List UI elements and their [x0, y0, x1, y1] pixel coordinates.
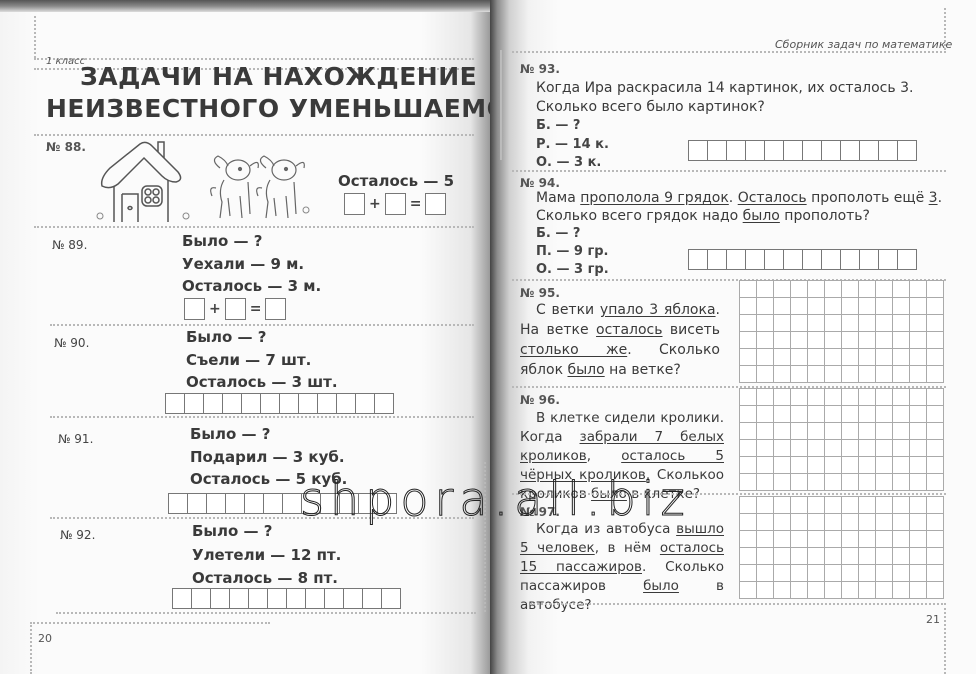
answer-cell[interactable]	[244, 493, 264, 514]
problem-text: Когда Ира раскрасила 14 картинок, их ост…	[536, 80, 913, 96]
problem-line: Осталось — 3 шт.	[186, 373, 338, 391]
illustration	[92, 138, 312, 224]
divider	[50, 324, 474, 326]
answer-cell[interactable]	[362, 588, 382, 609]
problem-line: Уехали — 9 м.	[182, 255, 304, 273]
problem-line: Было — ?	[182, 232, 262, 250]
problem-number: № 94.	[520, 176, 560, 190]
equals-sign: =	[250, 301, 262, 317]
problem-line: Было — ?	[192, 522, 272, 540]
goat-kid-icon	[257, 156, 305, 218]
answer-cell[interactable]	[165, 393, 185, 414]
answer-cells[interactable]	[689, 249, 917, 270]
divider	[34, 134, 474, 136]
short-note: Б. — ?	[536, 118, 580, 133]
answer-cell[interactable]	[802, 140, 822, 161]
answer-cell[interactable]	[267, 588, 287, 609]
answer-box[interactable]	[425, 193, 446, 215]
answer-cell[interactable]	[229, 588, 249, 609]
answer-cell[interactable]	[745, 249, 765, 270]
answer-cell[interactable]	[191, 588, 211, 609]
answer-cell[interactable]	[298, 393, 318, 414]
problem-line: Осталось — 5	[338, 172, 454, 190]
problem-text: Сколько всего грядок надо было прополоть…	[536, 208, 870, 224]
answer-cell[interactable]	[859, 249, 879, 270]
divider	[512, 51, 946, 53]
problem-line: Было — ?	[190, 425, 270, 443]
problem-text: Мама прополола 9 грядок. Осталось пропол…	[536, 190, 942, 206]
short-note: О. — 3 к.	[536, 155, 601, 170]
answer-cell[interactable]	[764, 140, 784, 161]
divider	[34, 58, 474, 60]
answer-cell[interactable]	[248, 588, 268, 609]
answer-cell[interactable]	[726, 140, 746, 161]
answer-cell[interactable]	[317, 393, 337, 414]
problem-number: № 89.	[52, 238, 87, 252]
answer-cell[interactable]	[840, 140, 860, 161]
problem-number: № 95.	[520, 286, 560, 300]
margin-line	[34, 16, 36, 58]
answer-cell[interactable]	[282, 493, 302, 514]
problem-text: Когда из автобуса вышло 5 человек, в нём…	[520, 520, 724, 615]
divider	[56, 612, 476, 614]
answer-cell[interactable]	[802, 249, 822, 270]
answer-cell[interactable]	[783, 249, 803, 270]
answer-grid[interactable]	[739, 496, 944, 599]
answer-cell[interactable]	[222, 393, 242, 414]
answer-cell[interactable]	[726, 249, 746, 270]
answer-cell[interactable]	[203, 393, 223, 414]
problem-line: Осталось — 3 м.	[182, 277, 321, 295]
margin-line	[944, 8, 946, 50]
problem-number: № 90.	[54, 336, 89, 350]
answer-cell[interactable]	[241, 393, 261, 414]
divider	[512, 170, 946, 172]
problem-line: Осталось — 8 пт.	[192, 569, 338, 587]
answer-box[interactable]	[385, 193, 406, 215]
answer-cell[interactable]	[764, 249, 784, 270]
answer-cell[interactable]	[260, 393, 280, 414]
answer-cell[interactable]	[225, 493, 245, 514]
vertical-rule	[500, 50, 502, 160]
page-top-shadow	[0, 0, 490, 12]
problem-line: Было — ?	[186, 328, 266, 346]
problem-number: № 91.	[58, 432, 93, 446]
plus-sign: +	[369, 196, 381, 212]
answer-box[interactable]	[344, 193, 365, 215]
answer-grid[interactable]	[739, 280, 944, 383]
answer-cell[interactable]	[783, 140, 803, 161]
answer-cell[interactable]	[168, 493, 188, 514]
divider	[50, 416, 474, 418]
house-icon	[102, 142, 181, 222]
answer-cell[interactable]	[286, 588, 306, 609]
problem-line: Улетели — 12 пт.	[192, 546, 341, 564]
answer-cell[interactable]	[279, 393, 299, 414]
answer-cell[interactable]	[897, 249, 917, 270]
answer-cell[interactable]	[707, 249, 727, 270]
answer-cell[interactable]	[688, 140, 708, 161]
margin-line	[30, 622, 32, 674]
answer-cell[interactable]	[878, 140, 898, 161]
problem-number: № 96.	[520, 393, 560, 407]
problem-number: № 92.	[60, 528, 95, 542]
answer-cell[interactable]	[821, 140, 841, 161]
short-note: Р. — 14 к.	[536, 137, 609, 152]
answer-cells[interactable]	[166, 393, 394, 414]
divider	[530, 603, 946, 605]
answer-box[interactable]	[225, 298, 246, 320]
page-title-line1: ЗАДАЧИ НА НАХОЖДЕНИЕ	[80, 62, 477, 91]
answer-cell[interactable]	[355, 393, 375, 414]
problem-text: Сколько всего было картинок?	[536, 99, 765, 115]
problem-line: Съели — 7 шт.	[186, 351, 311, 369]
answer-grid[interactable]	[739, 388, 944, 491]
answer-cell[interactable]	[336, 393, 356, 414]
answer-cells[interactable]	[173, 588, 401, 609]
answer-cell[interactable]	[840, 249, 860, 270]
short-note: О. — 3 гр.	[536, 262, 609, 277]
answer-cell[interactable]	[859, 140, 879, 161]
answer-cell[interactable]	[381, 588, 401, 609]
goat-kid-icon	[211, 156, 259, 218]
problem-number: № 93.	[520, 62, 560, 76]
answer-cell[interactable]	[878, 249, 898, 270]
divider	[30, 622, 270, 624]
book-header: Сборник задач по математике	[775, 38, 952, 51]
answer-cells[interactable]	[689, 140, 917, 161]
problem-line: Подарил — 3 куб.	[190, 448, 345, 466]
problem-number: № 88.	[46, 140, 86, 154]
watermark: shpora.all.biz	[300, 472, 691, 526]
answer-cell[interactable]	[821, 249, 841, 270]
short-note: Б. — ?	[536, 226, 580, 241]
page-number: 20	[38, 632, 52, 645]
answer-cell[interactable]	[343, 588, 363, 609]
answer-cell[interactable]	[897, 140, 917, 161]
answer-cell[interactable]	[374, 393, 394, 414]
page-number: 21	[926, 613, 940, 626]
answer-box[interactable]	[184, 298, 205, 320]
equation: + =	[344, 193, 446, 215]
equation: + =	[184, 298, 286, 320]
equals-sign: =	[410, 196, 422, 212]
answer-cell[interactable]	[688, 249, 708, 270]
margin-line	[944, 603, 946, 674]
answer-cell[interactable]	[187, 493, 207, 514]
page-title-line2: НЕИЗВЕСТНОГО УМЕНЬШАЕМОГО	[46, 94, 547, 123]
answer-cell[interactable]	[707, 140, 727, 161]
answer-cell[interactable]	[305, 588, 325, 609]
answer-cell[interactable]	[206, 493, 226, 514]
answer-box[interactable]	[265, 298, 286, 320]
answer-cell[interactable]	[745, 140, 765, 161]
answer-cell[interactable]	[263, 493, 283, 514]
divider	[34, 226, 474, 228]
problem-text: С ветки упало 3 яблока. На ветке осталос…	[520, 300, 720, 380]
short-note: П. — 9 гр.	[536, 244, 608, 259]
answer-cell[interactable]	[184, 393, 204, 414]
answer-cell[interactable]	[324, 588, 344, 609]
answer-cell[interactable]	[210, 588, 230, 609]
answer-cell[interactable]	[172, 588, 192, 609]
plus-sign: +	[209, 301, 221, 317]
